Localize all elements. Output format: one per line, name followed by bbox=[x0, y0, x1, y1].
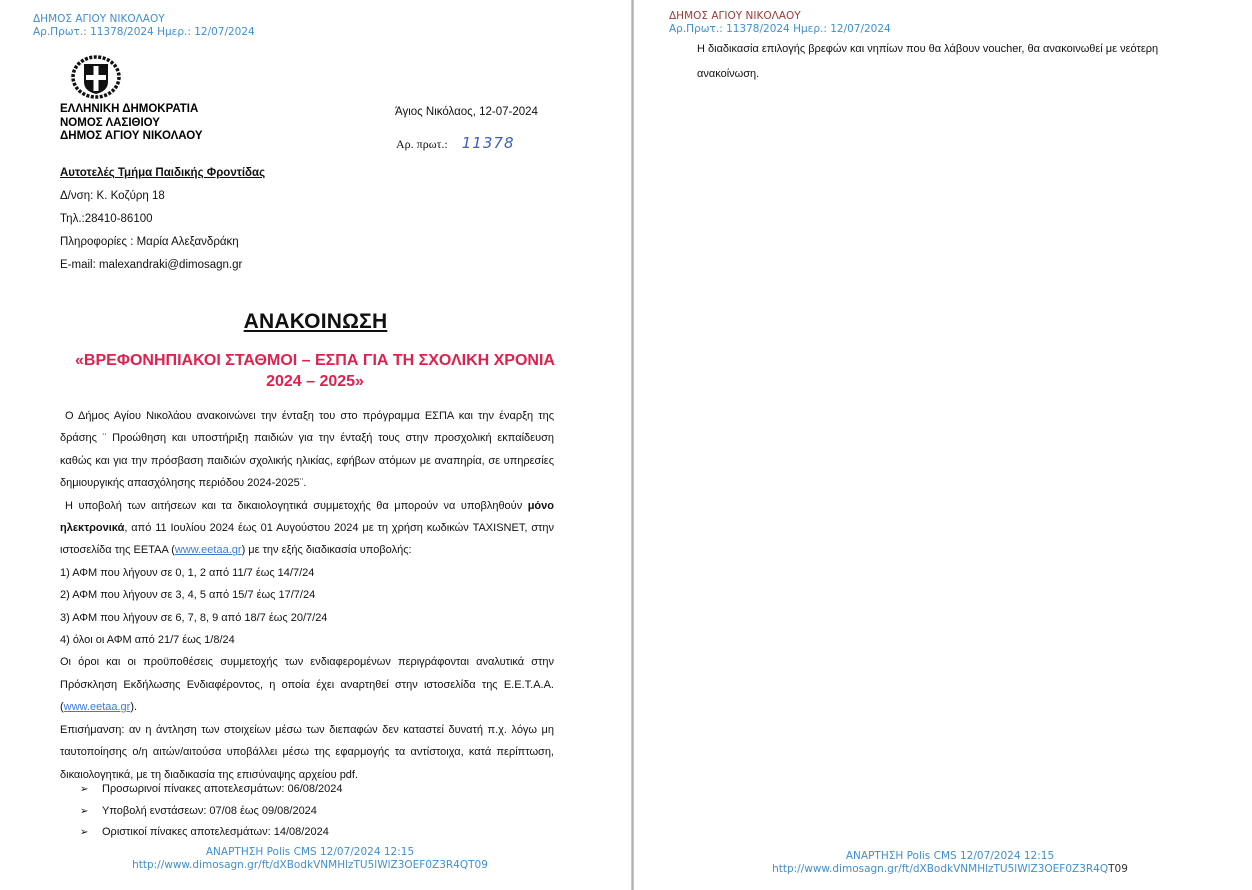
department-contact: Πληροφορίες : Μαρία Αλεξανδράκη bbox=[60, 231, 265, 254]
schedule-item: 1) ΑΦΜ που λήγουν σε 0, 1, 2 από 11/7 έω… bbox=[60, 562, 554, 584]
schedule-item: 3) ΑΦΜ που λήγουν σε 6, 7, 8, 9 από 18/7… bbox=[60, 607, 554, 629]
protocol-label: Αρ. πρωτ.: bbox=[396, 137, 448, 151]
document-page-1: ΔΗΜΟΣ ΑΓΙΟΥ ΝΙΚΟΛΑΟΥ Αρ.Πρωτ.: 11378/202… bbox=[0, 0, 631, 890]
stamp-protocol-number: Αρ.Πρωτ.: 11378/2024 Ημερ.: 12/07/2024 bbox=[669, 23, 891, 36]
text: ). bbox=[130, 701, 137, 713]
announcement-body: Ο Δήμος Αγίου Νικολάου ανακοινώνει την έ… bbox=[60, 405, 554, 786]
list-item: ➢Προσωρινοί πίνακες αποτελεσμάτων: 06/08… bbox=[80, 779, 343, 801]
arrow-bullet-icon: ➢ bbox=[80, 822, 102, 844]
list-item-text: Υποβολή ενστάσεων: 07/08 έως 09/08/2024 bbox=[102, 801, 317, 823]
results-dates-list: ➢Προσωρινοί πίνακες αποτελεσμάτων: 06/08… bbox=[80, 779, 343, 844]
protocol-number: Αρ. πρωτ.:11378 bbox=[396, 134, 514, 152]
url-text: http://www.dimosagn.gr/ft/dXBodkVNMHlzTU… bbox=[772, 863, 1108, 875]
stamp-municipality: ΔΗΜΟΣ ΑΓΙΟΥ ΝΙΚΟΛΑΟΥ bbox=[669, 10, 891, 23]
url-text-tail: T09 bbox=[1108, 863, 1128, 875]
list-item-text: Οριστικοί πίνακες αποτελεσμάτων: 14/08/2… bbox=[102, 822, 329, 844]
posting-footer: ΑΝΑΡΤΗΣΗ Polis CMS 12/07/2024 12:15 http… bbox=[0, 846, 620, 872]
text: ) με την εξής διαδικασία υποβολής: bbox=[242, 544, 412, 556]
handwritten-protocol-number: 11378 bbox=[462, 134, 515, 152]
department-info: Αυτοτελές Τμήμα Παιδικής Φροντίδας Δ/νση… bbox=[60, 162, 265, 277]
protocol-stamp: ΔΗΜΟΣ ΑΓΙΟΥ ΝΙΚΟΛΑΟΥ Αρ.Πρωτ.: 11378/202… bbox=[33, 13, 255, 39]
voucher-selection-note: Η διαδικασία επιλογής βρεφών και νηπίων … bbox=[697, 37, 1187, 87]
stamp-protocol-number: Αρ.Πρωτ.: 11378/2024 Ημερ.: 12/07/2024 bbox=[33, 26, 255, 39]
announcement-title: ΑΝΑΚΟΙΝΩΣΗ bbox=[0, 310, 631, 334]
place-date: Άγιος Νικόλαος, 12-07-2024 bbox=[395, 106, 538, 118]
eetaa-link[interactable]: www.eetaa.gr bbox=[175, 544, 242, 556]
list-item: ➢Υποβολή ενστάσεων: 07/08 έως 09/08/2024 bbox=[80, 801, 343, 823]
list-item-text: Προσωρινοί πίνακες αποτελεσμάτων: 06/08/… bbox=[102, 779, 343, 801]
stamp-municipality: ΔΗΜΟΣ ΑΓΙΟΥ ΝΙΚΟΛΑΟΥ bbox=[33, 13, 255, 26]
greek-coat-of-arms-icon bbox=[70, 55, 122, 99]
eetaa-link[interactable]: www.eetaa.gr bbox=[64, 701, 131, 713]
department-email: E-mail: malexandraki@dimosagn.gr bbox=[60, 254, 265, 277]
paragraph-terms: Οι όροι και οι προϋποθέσεις συμμετοχής τ… bbox=[60, 651, 554, 718]
document-page-2: ΔΗΜΟΣ ΑΓΙΟΥ ΝΙΚΟΛΑΟΥ Αρ.Πρωτ.: 11378/202… bbox=[634, 0, 1252, 890]
org-line-municipality: ΔΗΜΟΣ ΑΓΙΟΥ ΝΙΚΟΛΑΟΥ bbox=[60, 130, 203, 144]
arrow-bullet-icon: ➢ bbox=[80, 801, 102, 823]
text: Η υποβολή των αιτήσεων και τα δικαιολογη… bbox=[65, 500, 528, 512]
department-phone: Τηλ.:28410-86100 bbox=[60, 208, 265, 231]
posting-footer: ΑΝΑΡΤΗΣΗ Polis CMS 12/07/2024 12:15 http… bbox=[634, 850, 1252, 876]
posting-url[interactable]: http://www.dimosagn.gr/ft/dXBodkVNMHlzTU… bbox=[0, 859, 620, 872]
list-item: ➢Οριστικοί πίνακες αποτελεσμάτων: 14/08/… bbox=[80, 822, 343, 844]
posting-stamp: ΑΝΑΡΤΗΣΗ Polis CMS 12/07/2024 12:15 bbox=[634, 850, 1252, 863]
organization-header: ΕΛΛΗΝΙΚΗ ΔΗΜΟΚΡΑΤΙΑ ΝΟΜΟΣ ΛΑΣΙΘΙΟΥ ΔΗΜΟΣ… bbox=[60, 103, 203, 144]
schedule-item: 4) όλοι οι ΑΦΜ από 21/7 έως 1/8/24 bbox=[60, 629, 554, 651]
paragraph-submission: Η υποβολή των αιτήσεων και τα δικαιολογη… bbox=[60, 495, 554, 562]
arrow-bullet-icon: ➢ bbox=[80, 779, 102, 801]
paragraph-intro: Ο Δήμος Αγίου Νικολάου ανακοινώνει την έ… bbox=[60, 405, 554, 495]
subtitle-line-1: «ΒΡΕΦΟΝΗΠΙΑΚΟΙ ΣΤΑΘΜΟΙ – ΕΣΠΑ ΓΙΑ ΤΗ ΣΧΟ… bbox=[50, 350, 580, 371]
announcement-subtitle: «ΒΡΕΦΟΝΗΠΙΑΚΟΙ ΣΤΑΘΜΟΙ – ΕΣΠΑ ΓΙΑ ΤΗ ΣΧΟ… bbox=[50, 350, 580, 392]
schedule-list: 1) ΑΦΜ που λήγουν σε 0, 1, 2 από 11/7 έω… bbox=[60, 562, 554, 652]
posting-stamp: ΑΝΑΡΤΗΣΗ Polis CMS 12/07/2024 12:15 bbox=[0, 846, 620, 859]
subtitle-line-2: 2024 – 2025» bbox=[50, 371, 580, 392]
org-line-republic: ΕΛΛΗΝΙΚΗ ΔΗΜΟΚΡΑΤΙΑ bbox=[60, 103, 203, 117]
posting-url[interactable]: http://www.dimosagn.gr/ft/dXBodkVNMHlzTU… bbox=[634, 863, 1252, 876]
org-line-prefecture: ΝΟΜΟΣ ΛΑΣΙΘΙΟΥ bbox=[60, 117, 203, 131]
protocol-stamp: ΔΗΜΟΣ ΑΓΙΟΥ ΝΙΚΟΛΑΟΥ Αρ.Πρωτ.: 11378/202… bbox=[669, 10, 891, 36]
schedule-item: 2) ΑΦΜ που λήγουν σε 3, 4, 5 από 15/7 έω… bbox=[60, 584, 554, 606]
paragraph-note: Επισήμανση: αν η άντληση των στοιχείων μ… bbox=[60, 719, 554, 786]
department-address: Δ/νση: Κ. Κοζύρη 18 bbox=[60, 185, 265, 208]
department-name: Αυτοτελές Τμήμα Παιδικής Φροντίδας bbox=[60, 162, 265, 185]
